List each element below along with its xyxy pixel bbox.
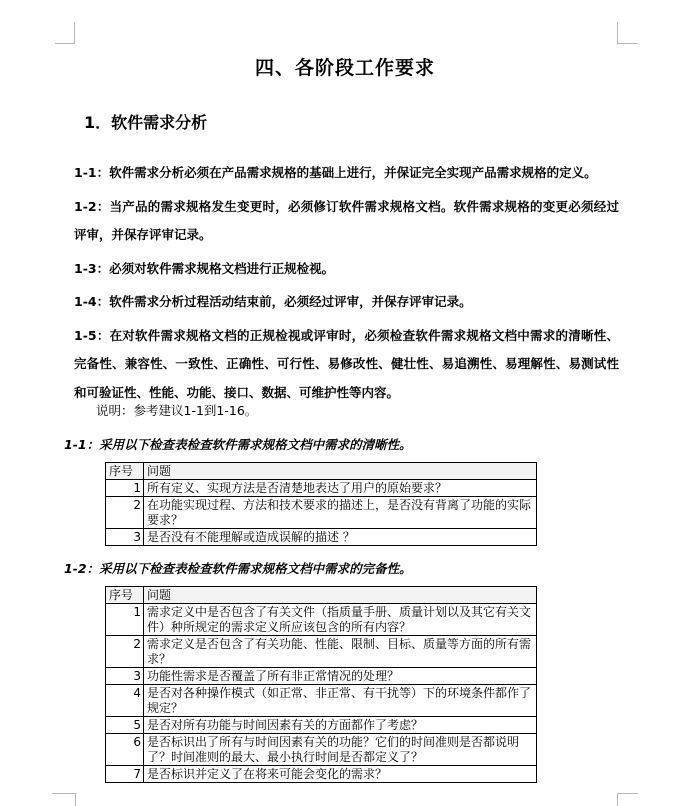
row-question: 需求定义中是否包含了有关文件（指质量手册、质量计划以及其它有关文件）种所规定的需… bbox=[144, 604, 537, 636]
page-title: 四、各阶段工作要求 bbox=[0, 53, 690, 80]
row-number: 7 bbox=[106, 766, 144, 783]
row-question: 是否对各种操作模式（如正常、非正常、有干扰等）下的环境条件都作了规定？ bbox=[144, 685, 537, 717]
row-question: 是否标识并定义了在将来可能会变化的需求？ bbox=[144, 766, 537, 783]
requirement-item-1-5: 1-5：在对软件需求规格文档的正规检视或评审时，必须检查软件需求规格文档中需求的… bbox=[74, 322, 619, 408]
crop-mark-bottom-left bbox=[52, 793, 76, 806]
requirement-item-1-2: 1-2：当产品的需求规格发生变更时，必须修订软件需求规格文档。软件需求规格的变更… bbox=[74, 193, 619, 250]
table-row: 1 所有定义、实现方法是否清楚地表达了用户的原始要求？ bbox=[106, 480, 537, 497]
row-question: 所有定义、实现方法是否清楚地表达了用户的原始要求？ bbox=[144, 480, 537, 497]
requirements-list: 1-1：软件需求分析必须在产品需求规格的基础上进行，并保证完全实现产品需求规格的… bbox=[74, 159, 619, 412]
row-number: 3 bbox=[106, 668, 144, 685]
table-header-row: 序号 问题 bbox=[106, 587, 537, 604]
document-page: 四、各阶段工作要求 1．软件需求分析 1-1：软件需求分析必须在产品需求规格的基… bbox=[0, 0, 690, 806]
row-question: 是否标识出了所有与时间因素有关的功能？它们的时间准则是否都说明了？时间准则的最大… bbox=[144, 734, 537, 766]
row-number: 1 bbox=[106, 604, 144, 636]
column-header-question: 问题 bbox=[144, 463, 537, 480]
table-row: 4 是否对各种操作模式（如正常、非正常、有干扰等）下的环境条件都作了规定？ bbox=[106, 685, 537, 717]
row-number: 5 bbox=[106, 717, 144, 734]
row-question: 是否对所有功能与时间因素有关的方面都作了考虑？ bbox=[144, 717, 537, 734]
crop-mark-bottom-right bbox=[617, 793, 638, 806]
checklist-completeness-heading: 1-2：采用以下检查表检查软件需求规格文档中需求的完备性。 bbox=[64, 561, 544, 577]
checklist-completeness: 1-2：采用以下检查表检查软件需求规格文档中需求的完备性。 序号 问题 1 需求… bbox=[64, 561, 544, 783]
requirement-item-1-4: 1-4：软件需求分析过程活动结束前，必须经过评审，并保存评审记录。 bbox=[74, 288, 619, 317]
column-header-question: 问题 bbox=[144, 587, 537, 604]
row-question: 需求定义是否包含了有关功能、性能、限制、目标、质量等方面的所有需求？ bbox=[144, 636, 537, 668]
requirement-item-1-3: 1-3：必须对软件需求规格文档进行正规检视。 bbox=[74, 255, 619, 284]
table-row: 6 是否标识出了所有与时间因素有关的功能？它们的时间准则是否都说明了？时间准则的… bbox=[106, 734, 537, 766]
section-heading: 1．软件需求分析 bbox=[84, 110, 207, 133]
note-text: 说明：参考建议1-1到1-16。 bbox=[96, 402, 257, 419]
table-row: 2 需求定义是否包含了有关功能、性能、限制、目标、质量等方面的所有需求？ bbox=[106, 636, 537, 668]
table-row: 5 是否对所有功能与时间因素有关的方面都作了考虑？ bbox=[106, 717, 537, 734]
crop-mark-top-right bbox=[617, 22, 638, 44]
row-number: 1 bbox=[106, 480, 144, 497]
row-number: 3 bbox=[106, 529, 144, 546]
row-question: 在功能实现过程、方法和技术要求的描述上，是否没有背离了功能的实际要求？ bbox=[144, 497, 537, 529]
table-row: 7 是否标识并定义了在将来可能会变化的需求？ bbox=[106, 766, 537, 783]
checklist-completeness-table: 序号 问题 1 需求定义中是否包含了有关文件（指质量手册、质量计划以及其它有关文… bbox=[105, 586, 537, 783]
row-number: 2 bbox=[106, 497, 144, 529]
row-number: 4 bbox=[106, 685, 144, 717]
row-question: 是否没有不能理解或造成误解的描述 ？ bbox=[144, 529, 537, 546]
column-header-num: 序号 bbox=[106, 463, 144, 480]
column-header-num: 序号 bbox=[106, 587, 144, 604]
table-row: 1 需求定义中是否包含了有关文件（指质量手册、质量计划以及其它有关文件）种所规定… bbox=[106, 604, 537, 636]
row-number: 2 bbox=[106, 636, 144, 668]
table-row: 3 功能性需求是否覆盖了所有非正常情况的处理？ bbox=[106, 668, 537, 685]
requirement-item-1-1: 1-1：软件需求分析必须在产品需求规格的基础上进行，并保证完全实现产品需求规格的… bbox=[74, 159, 619, 188]
checklist-clarity-heading: 1-1：采用以下检查表检查软件需求规格文档中需求的清晰性。 bbox=[64, 437, 544, 453]
table-header-row: 序号 问题 bbox=[106, 463, 537, 480]
checklist-clarity-table: 序号 问题 1 所有定义、实现方法是否清楚地表达了用户的原始要求？ 2 在功能实… bbox=[105, 462, 537, 546]
row-question: 功能性需求是否覆盖了所有非正常情况的处理？ bbox=[144, 668, 537, 685]
table-row: 3 是否没有不能理解或造成误解的描述 ？ bbox=[106, 529, 537, 546]
crop-mark-top-left bbox=[55, 22, 75, 44]
row-number: 6 bbox=[106, 734, 144, 766]
checklist-clarity: 1-1：采用以下检查表检查软件需求规格文档中需求的清晰性。 序号 问题 1 所有… bbox=[64, 437, 544, 546]
table-row: 2 在功能实现过程、方法和技术要求的描述上，是否没有背离了功能的实际要求？ bbox=[106, 497, 537, 529]
